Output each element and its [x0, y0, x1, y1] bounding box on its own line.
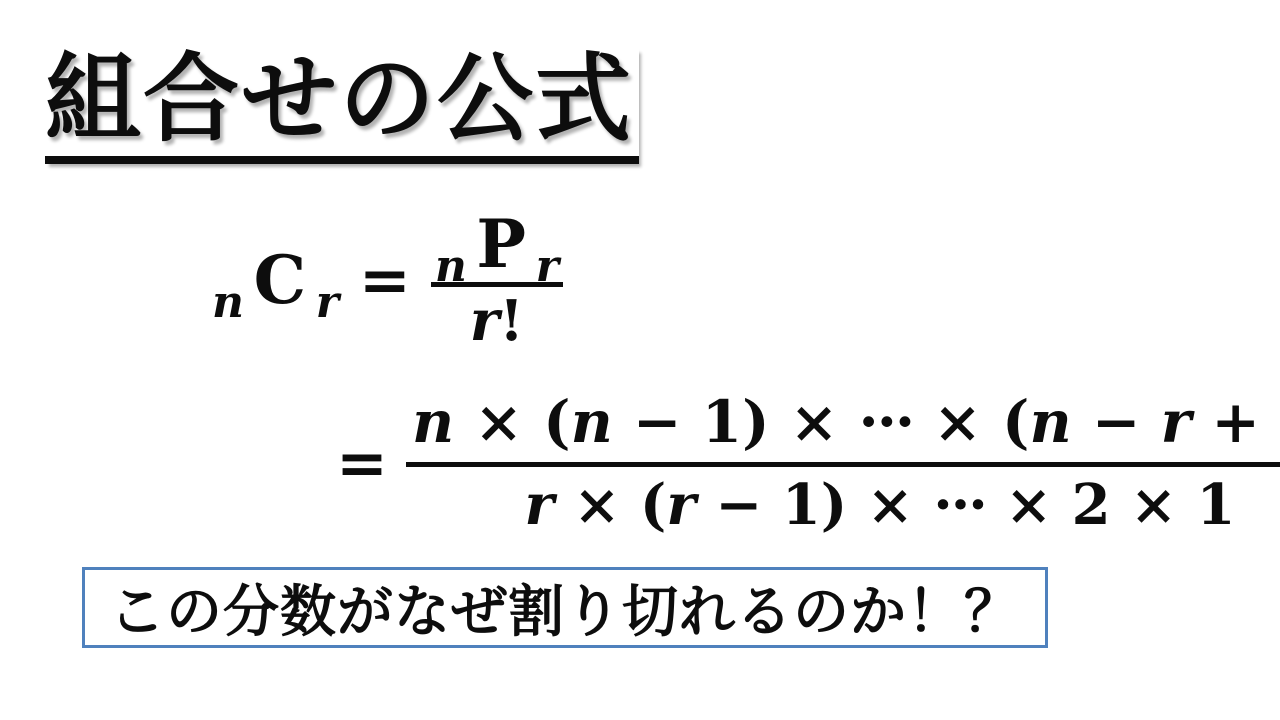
fraction-denominator: r! — [470, 293, 524, 349]
equals-sign: = — [359, 249, 411, 311]
math-token: + 1) — [1191, 388, 1280, 456]
math-token: × 2 × 1 — [986, 472, 1236, 538]
equals-sign: = — [336, 432, 388, 494]
fraction-numerator: n × (n − 1) × ··· × (n − r + 1) — [406, 389, 1280, 456]
ncr-term: n C r — [212, 247, 339, 313]
math-token: − 1) × — [613, 388, 859, 456]
callout-text: この分数がなぜ割り切れるのか！？ — [109, 568, 1021, 648]
fraction-denominator: r × (r − 1) × ··· × 2 × 1 — [518, 473, 1241, 537]
permutation-symbol: P — [476, 205, 526, 283]
math-token: − 1) × — [696, 472, 933, 538]
expanded-product-formula: = n × (n − 1) × ··· × (n − r + 1) r × (r… — [318, 389, 1280, 537]
subscript-n: n — [435, 241, 467, 292]
callout-box: この分数がなぜ割り切れるのか！？ — [82, 567, 1048, 648]
variable-r: r — [470, 288, 500, 354]
npr-over-r-factorial-fraction: n P r r! — [431, 211, 563, 349]
expanded-fraction: n × (n − 1) × ··· × (n − r + 1) r × (r −… — [406, 389, 1280, 537]
math-token: n — [412, 388, 454, 456]
fraction-numerator: n P r — [431, 211, 563, 277]
math-token: r — [666, 472, 696, 538]
slide-title: 組合せの公式 — [45, 48, 639, 164]
subscript-n: n — [212, 277, 244, 328]
combination-definition-formula: n C r = n P r r! — [212, 211, 563, 349]
math-token: r — [524, 472, 554, 538]
math-token: ··· — [933, 472, 986, 538]
math-token: n — [571, 388, 613, 456]
math-token: ··· — [859, 388, 914, 456]
math-token: × ( — [913, 388, 1029, 456]
math-token: r — [1161, 388, 1192, 456]
factorial-sign: ! — [499, 288, 524, 354]
subscript-r: r — [316, 277, 339, 328]
slide-canvas: 組合せの公式 n C r = n P r r! = n × (n − 1) × … — [0, 0, 1280, 720]
math-token: − — [1072, 388, 1161, 456]
math-token: × ( — [554, 472, 666, 538]
subscript-r: r — [536, 241, 559, 292]
math-token: n — [1030, 388, 1072, 456]
fraction-bar — [406, 462, 1280, 467]
math-token: × ( — [454, 388, 570, 456]
combination-symbol: C — [254, 241, 307, 319]
